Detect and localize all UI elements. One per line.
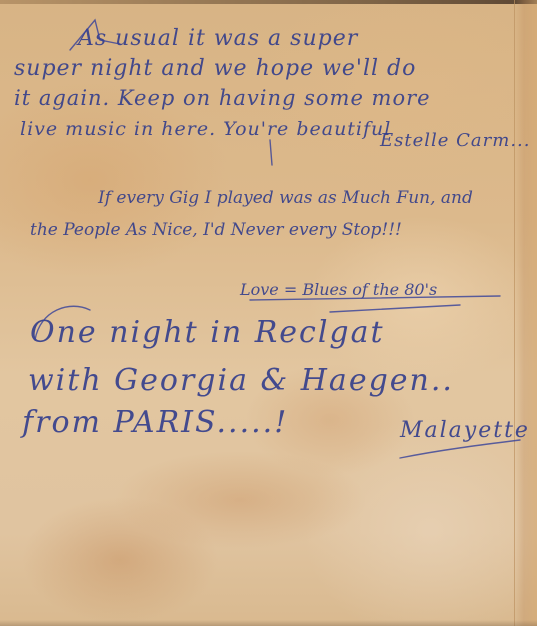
entry-3-signature: Malayette [400, 420, 530, 442]
entry-1-signature: Estelle Carm... [380, 132, 531, 150]
entry-3-line-3: from PARIS.....! [22, 408, 288, 438]
entry-1-line-1: As usual it was a super [78, 28, 358, 50]
entry-1-line-2: super night and we hope we'll do [14, 58, 416, 80]
page-binding-edge [514, 0, 537, 626]
entry-3-line-1: One night in Reclgat [30, 318, 385, 348]
page-bottom-edge [0, 620, 537, 626]
entry-1-line-3: it again. Keep on having some more [14, 88, 431, 109]
entry-2-line-1: If every Gig I played was as Much Fun, a… [98, 190, 473, 207]
entry-2-signature: Love = Blues of the 80's [240, 282, 437, 298]
guestbook-page: As usual it was a super super night and … [0, 0, 537, 626]
page-top-edge [0, 0, 537, 4]
entry-3-line-2: with Georgia & Haegen.. [28, 366, 454, 396]
entry-1-line-4: live music in here. You're beautiful [20, 120, 391, 139]
entry-2-line-2: the People As Nice, I'd Never every Stop… [30, 222, 402, 239]
